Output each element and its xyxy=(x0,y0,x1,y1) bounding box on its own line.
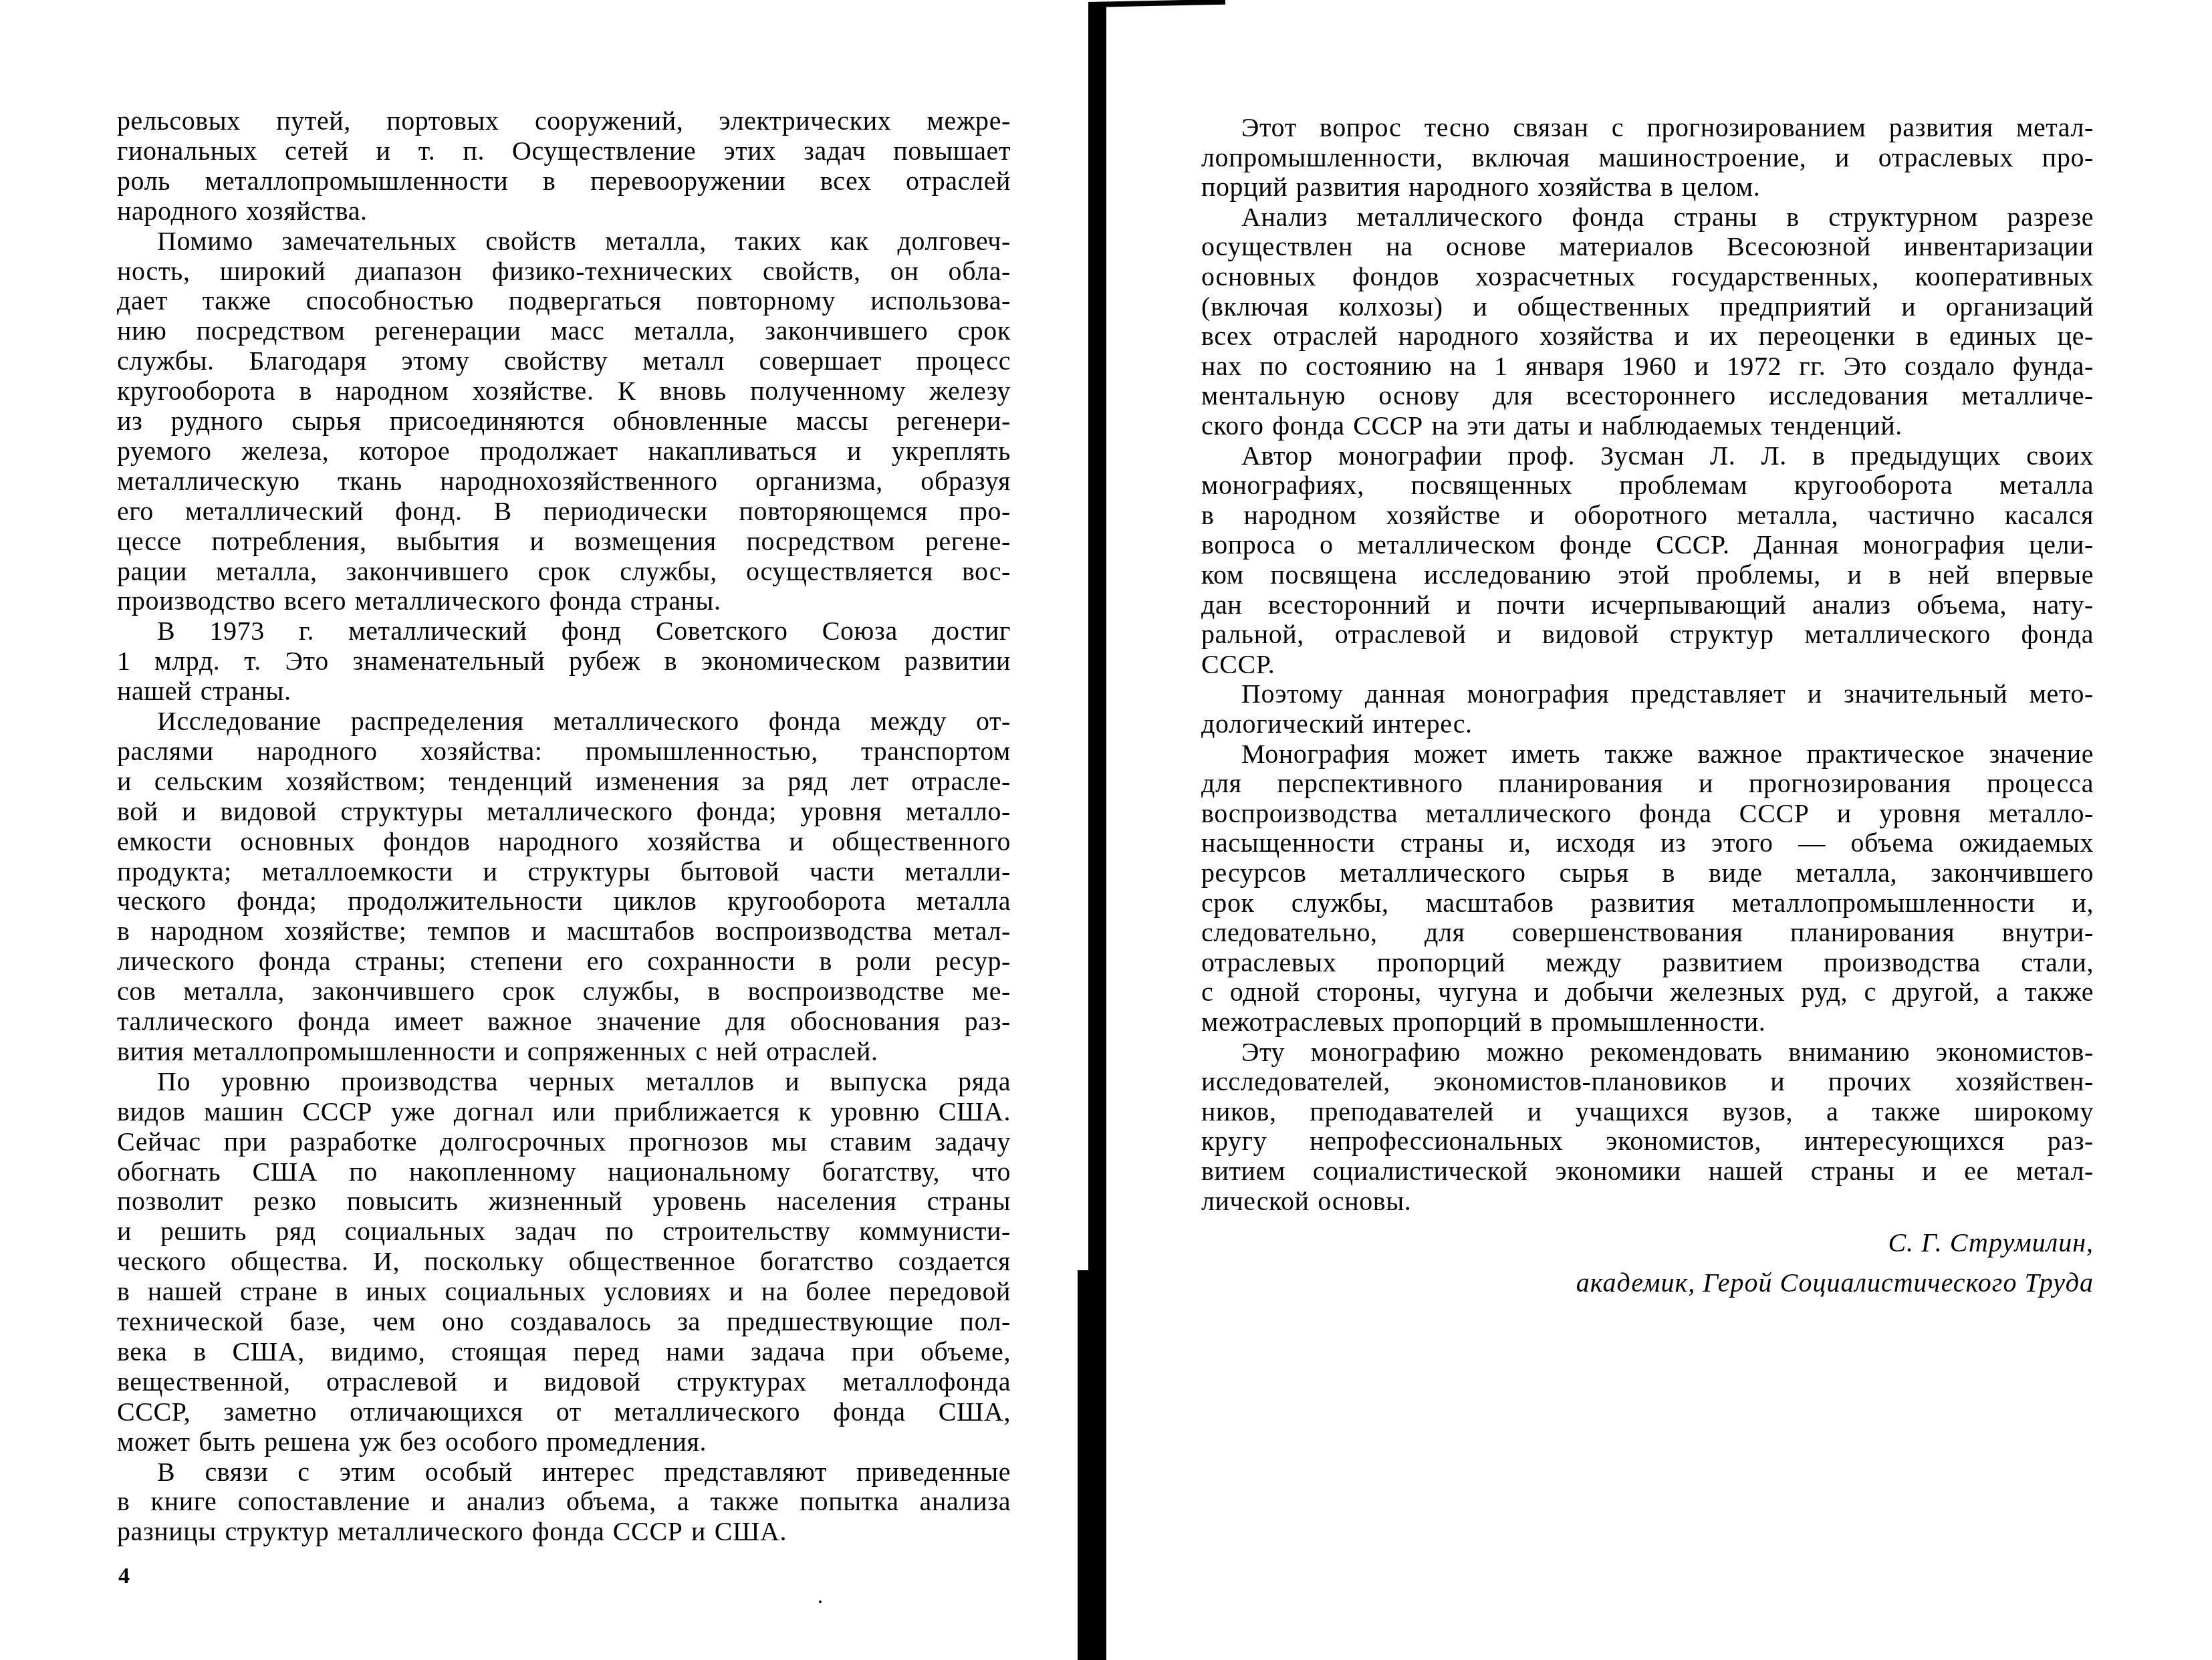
text-line: в народном хозяйстве; темпов и масштабов… xyxy=(117,916,1011,946)
text-line: Анализ металлического фонда страны в стр… xyxy=(1241,202,2094,232)
page-number: 4 xyxy=(118,1563,130,1590)
text-line: ников, преподавателей и учащихся вузов, … xyxy=(1201,1096,2094,1127)
text-line: ческого фонда; продолжительности циклов … xyxy=(117,886,1011,916)
text-line: раслями народного хозяйства: промышленно… xyxy=(117,736,1011,766)
text-line: ность, широкий диапазон физико-техническ… xyxy=(117,256,1011,286)
text-line: Исследование распределения металлическог… xyxy=(157,706,1011,736)
text-line: службы. Благодаря этому свойству металл … xyxy=(117,346,1011,376)
text-line: нашей страны. xyxy=(117,676,1011,706)
text-line: из рудного сырья присоединяются обновлен… xyxy=(117,406,1011,436)
signature-name: С. Г. Струмилин, xyxy=(1888,1227,2094,1258)
text-line: роль металлопромышленности в перевооруже… xyxy=(117,166,1011,196)
text-line: нию посредством регенерации масс металла… xyxy=(117,316,1011,346)
text-line: срок службы, масштабов развития металлоп… xyxy=(1201,888,2094,918)
text-line: продукта; металлоемкости и структуры быт… xyxy=(117,856,1011,886)
text-line: и решить ряд социальных задач по строите… xyxy=(117,1216,1011,1246)
text-line: исследователей, экономистов-плановиков и… xyxy=(1201,1066,2094,1096)
text-line: рации металла, закончившего срок службы,… xyxy=(117,556,1011,586)
text-line: ральной, отраслевой и видовой структур м… xyxy=(1201,619,2094,649)
text-line: руемого железа, которое продолжает накап… xyxy=(117,436,1011,466)
text-line: производство всего металлического фонда … xyxy=(117,586,1011,616)
text-line: века в США, видимо, стоящая перед нами з… xyxy=(117,1336,1011,1367)
text-line: ческого общества. И, поскольку обществен… xyxy=(117,1246,1011,1276)
text-line: лического фонда страны; степени его сохр… xyxy=(117,946,1011,976)
text-line: гиональных сетей и т. п. Осуществление э… xyxy=(117,136,1011,166)
text-line: ского фонда СССР на эти даты и наблюдаем… xyxy=(1201,410,2094,441)
text-line: и сельским хозяйством; тенденций изменен… xyxy=(117,766,1011,796)
text-line: витием социалистической экономики нашей … xyxy=(1201,1156,2094,1186)
text-line: ком посвящена исследованию этой проблемы… xyxy=(1201,560,2094,590)
text-line: цессе потребления, выбытия и возмещения … xyxy=(117,526,1011,556)
text-line: Поэтому данная монография представляет и… xyxy=(1241,679,2094,709)
text-line: вой и видовой структуры металлического ф… xyxy=(117,796,1011,826)
text-line: обогнать США по накопленному национально… xyxy=(117,1157,1011,1187)
text-line: отраслевых пропорций между развитием про… xyxy=(1201,947,2094,977)
text-line: насыщенности страны и, исходя из этого —… xyxy=(1201,828,2094,858)
text-line: СССР, заметно отличающихся от металличес… xyxy=(117,1397,1011,1427)
book-spine-top-edge xyxy=(1088,0,1225,7)
text-line: основных фондов хозрасчетных государстве… xyxy=(1201,261,2094,291)
text-line: В связи с этим особый интерес представля… xyxy=(157,1457,1011,1487)
text-line: кругу непрофессиональных экономистов, ин… xyxy=(1201,1126,2094,1156)
text-line: осуществлен на основе материалов Всесоюз… xyxy=(1201,231,2094,261)
text-line: рельсовых путей, портовых сооружений, эл… xyxy=(117,106,1011,136)
text-line: дологический интерес. xyxy=(1201,709,2094,739)
text-line: таллического фонда имеет важное значение… xyxy=(117,1006,1011,1036)
text-line: 1 млрд. т. Это знаменательный рубеж в эк… xyxy=(117,646,1011,676)
text-line: его металлический фонд. В периодически п… xyxy=(117,496,1011,526)
book-spine-lower xyxy=(1078,1270,1102,1660)
text-line: вещественной, отраслевой и видовой струк… xyxy=(117,1367,1011,1397)
text-line: всех отраслей народного хозяйства и их п… xyxy=(1201,321,2094,351)
text-line: емкости основных фондов народного хозяйс… xyxy=(117,826,1011,856)
text-line: с одной стороны, чугуна и добычи железны… xyxy=(1201,977,2094,1007)
text-line: в народном хозяйстве и оборотного металл… xyxy=(1201,500,2094,530)
text-line: видов машин СССР уже догнал или приближа… xyxy=(117,1096,1011,1127)
text-line: Монография может иметь также важное прак… xyxy=(1241,739,2094,769)
text-line: нах по состоянию на 1 января 1960 и 1972… xyxy=(1201,351,2094,381)
text-line: народного хозяйства. xyxy=(117,196,1011,226)
text-line: межотраслевых пропорций в промышленности… xyxy=(1201,1007,2094,1037)
text-line: (включая колхозы) и общественных предпри… xyxy=(1201,291,2094,322)
text-line: кругооборота в народном хозяйстве. К вно… xyxy=(117,376,1011,406)
text-line: Этот вопрос тесно связан с прогнозирован… xyxy=(1241,112,2094,142)
text-line: технической базе, чем оно создавалось за… xyxy=(117,1306,1011,1336)
text-line: позволит резко повысить жизненный уровен… xyxy=(117,1186,1011,1216)
text-line: Автор монографии проф. Зусман Л. Л. в пр… xyxy=(1241,441,2094,471)
text-line: ресурсов металлического сырья в виде мет… xyxy=(1201,858,2094,888)
text-line: для перспективного планирования и прогно… xyxy=(1201,768,2094,798)
text-line: в книге сопоставление и анализ объема, а… xyxy=(117,1486,1011,1516)
text-line: дан всесторонний и почти исчерпывающий а… xyxy=(1201,590,2094,620)
text-line: дает также способностью подвергаться пов… xyxy=(117,285,1011,316)
signature-title: академик, Герой Социалистического Труда xyxy=(1576,1268,2094,1298)
text-line: ментальную основу для всестороннего иссл… xyxy=(1201,380,2094,410)
text-line: лопромышленности, включая машиностроение… xyxy=(1201,142,2094,172)
text-line: в нашей стране в иных социальных условия… xyxy=(117,1276,1011,1306)
text-line: Помимо замечательных свойств металла, та… xyxy=(157,226,1011,256)
text-line: воспроизводства металлического фонда ССС… xyxy=(1201,798,2094,828)
text-line: вопроса о металлическом фонде СССР. Данн… xyxy=(1201,529,2094,560)
text-line: СССР. xyxy=(1201,649,2094,679)
text-line: следовательно, для совершенствования пла… xyxy=(1201,917,2094,947)
text-line: может быть решена уж без особого промедл… xyxy=(117,1427,1011,1457)
text-line: металлическую ткань народнохозяйственног… xyxy=(117,466,1011,496)
text-line: Сейчас при разработке долгосрочных прогн… xyxy=(117,1127,1011,1157)
scan-speck xyxy=(819,1600,822,1603)
text-line: По уровню производства черных металлов и… xyxy=(157,1066,1011,1096)
text-line: сов металла, закончившего срок службы, в… xyxy=(117,976,1011,1006)
text-line: лической основы. xyxy=(1201,1186,2094,1216)
text-line: В 1973 г. металлический фонд Советского … xyxy=(157,616,1011,646)
text-line: монографиях, посвященных проблемам круго… xyxy=(1201,470,2094,500)
text-line: вития металлопромышленности и сопряженны… xyxy=(117,1036,1011,1066)
text-line: Эту монографию можно рекомендовать внима… xyxy=(1241,1037,2094,1067)
text-line: порций развития народного хозяйства в це… xyxy=(1201,172,2094,202)
text-line: разницы структур металлического фонда СС… xyxy=(117,1516,1011,1546)
